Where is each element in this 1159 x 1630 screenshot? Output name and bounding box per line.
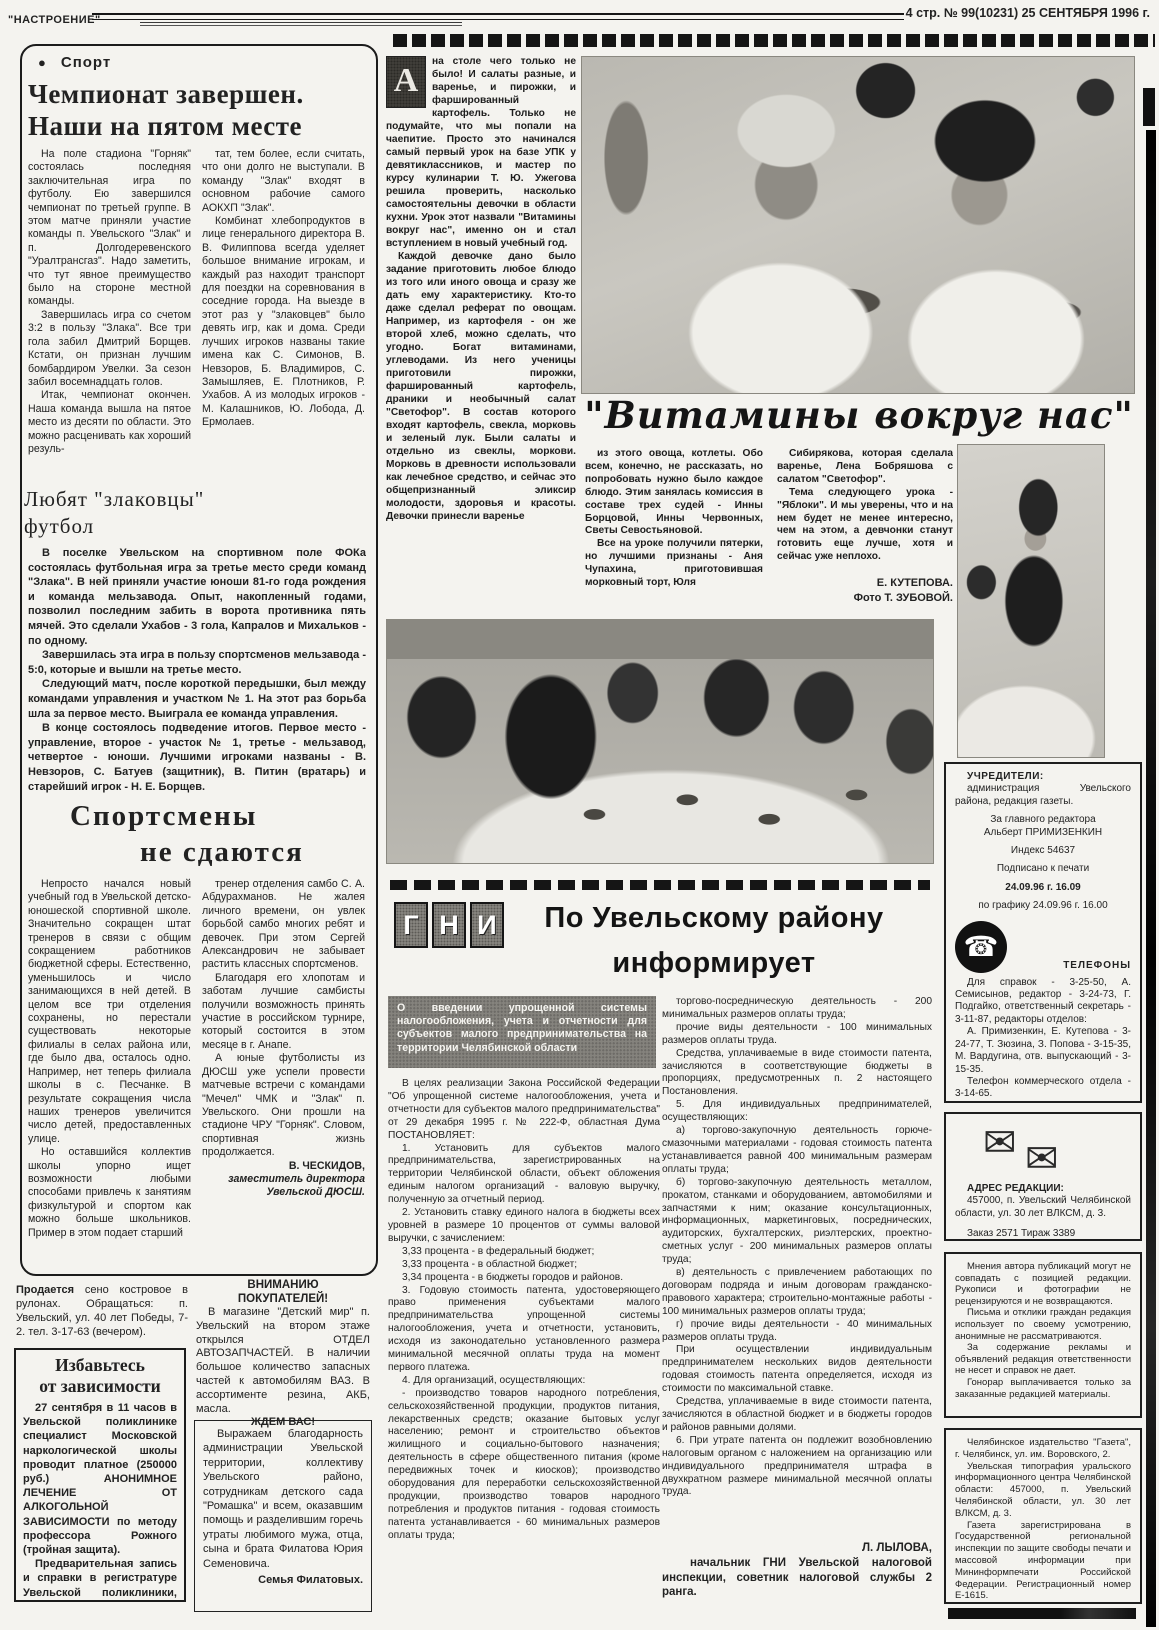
paragraph: Завершилась игра со счетом 3:2 в пользу … <box>28 309 191 389</box>
paragraph: Средства, уплачиваемые в виде стоимости … <box>662 1048 932 1100</box>
paragraph: 3,34 процента - в бюджеты городов и райо… <box>388 1272 660 1285</box>
paragraph: 3,33 процента - в областной бюджет; <box>388 1259 660 1272</box>
filmstrip-divider-top <box>393 34 1155 47</box>
signature-title: заместитель директора Увельской ДЮСШ. <box>202 1173 365 1200</box>
ad-body: В магазине "Детский мир" п. Увельский на… <box>196 1306 370 1416</box>
paragraph: Письма и отклики граждан редакция исполь… <box>955 1307 1131 1342</box>
envelope-icon: ✉ <box>983 1123 1017 1163</box>
paragraph: Для справок - 3-25-50, А. Семисынов, ред… <box>955 977 1131 1027</box>
order-and-circulation: Заказ 2571 Тираж 3389 <box>955 1228 1131 1240</box>
gni-logo: Г Н И <box>394 902 504 948</box>
paragraph: прочие виды деятельности - 100 минимальн… <box>662 1022 932 1048</box>
signature-name: Е. КУТЕПОВА. <box>777 576 953 591</box>
dashed-divider-gni <box>390 880 930 890</box>
headline-line: Наши на пятом месте <box>28 110 368 142</box>
football-subheadline: Любят "злаковцы" футбол <box>24 486 204 540</box>
paragraph: Гонорар выплачивается только за заказанн… <box>955 1377 1131 1400</box>
paragraph: Но оставшийся коллектив школы упорно ище… <box>28 1146 191 1240</box>
paragraph: Средства, уплачиваемые в виде стоимости … <box>662 1396 932 1435</box>
vitamins-article-column-1: А на столе чего только не было! И салаты… <box>386 55 576 621</box>
paragraph: 4. Для организаций, осуществляющих: <box>388 1375 660 1388</box>
paragraph: г) прочие виды деятельности - 40 минимал… <box>662 1319 932 1345</box>
page-edge-bar <box>1146 130 1156 1627</box>
bottom-decor-bar <box>948 1608 1136 1619</box>
gni-logo-letter: Г <box>394 902 428 948</box>
paragraph: 5. Для индивидуальных предпринимателей, … <box>662 1099 932 1125</box>
headline-line: Любят "злаковцы" <box>24 486 204 513</box>
football-article-body: В поселке Увельском на спортивном поле Ф… <box>28 546 366 794</box>
clinic-ad-box: Избавьтесь от зависимости 27 сентября в … <box>14 1348 186 1602</box>
print-label: Подписано к печати <box>955 863 1131 875</box>
phones-title: ТЕЛЕФОНЫ <box>1063 960 1131 972</box>
vitamins-article-column-2: из этого овоща, котлеты. Обо всем, конеч… <box>585 448 763 618</box>
paragraph: 27 сентября в 11 часов в Увельской полик… <box>23 1401 177 1557</box>
paragraph: На поле стадиона "Горняк" состоялась пос… <box>28 148 191 309</box>
ad-title: Избавьтесь от зависимости <box>23 1355 177 1397</box>
paragraph: Следующий матч, после короткой передышки… <box>28 677 366 721</box>
author-signature: В. ЧЕСКИДОВ, заместитель директора Увель… <box>202 1160 365 1200</box>
gni-headline: По Увельскому району информирует <box>490 896 938 986</box>
headline-line: футбол <box>24 513 204 540</box>
publisher-imprint-box: Челябинское издательство "Газета", г. Че… <box>944 1428 1142 1604</box>
photo-girl-at-table <box>957 444 1105 758</box>
gratitude-notice-box: Выражаем благодарность администрации Уве… <box>194 1420 372 1612</box>
address-title: АДРЕС РЕДАКЦИИ: <box>955 1183 1131 1195</box>
editor-name: Альберт ПРИМИЗЕНКИН <box>955 827 1131 839</box>
signature-title: начальник ГНИ Увельской налоговой инспек… <box>662 1556 932 1600</box>
paragraph: При осуществлении индивидуальным предпри… <box>662 1344 932 1396</box>
article-column: тат, тем более, если считать, что они до… <box>202 148 365 484</box>
paragraph: в) деятельность с привлечением работающи… <box>662 1267 932 1319</box>
editor-note: За главного редактора <box>955 814 1131 826</box>
vitamins-article-column-3: Сибирякова, которая сделала варенье, Лен… <box>777 448 953 574</box>
paragraph: торгово-посредническую деятельность - 20… <box>662 996 932 1022</box>
paragraph: Непросто начался новый учебный год в Уве… <box>28 878 191 1146</box>
subscription-index: Индекс 54637 <box>955 845 1131 857</box>
sport-article-columns: На поле стадиона "Горняк" состоялась пос… <box>28 148 365 484</box>
phone-icon: ☎ <box>955 921 1007 973</box>
article-column: тренер отделения самбо С. А. Абдурахмано… <box>202 878 365 1266</box>
paragraph: Благодаря его хлопотам и заботам лучшие … <box>202 972 365 1052</box>
vitamins-signature: Е. КУТЕПОВА. Фото Т. ЗУБОВОЙ. <box>777 576 953 605</box>
newspaper-title: "НАСТРОЕНИЕ" <box>8 14 101 26</box>
article-column: На поле стадиона "Горняк" состоялась пос… <box>28 148 191 484</box>
bullet-icon: ● <box>38 55 47 70</box>
paragraph: Все на уроке получили пятерки, но лучшим… <box>585 538 763 590</box>
paragraph: Тема следующего урока - "Яблоки". И мы у… <box>777 487 953 564</box>
sportsmen-article-columns: Непросто начался новый учебный год в Уве… <box>28 878 365 1266</box>
print-plan: по графику 24.09.96 г. 16.00 <box>955 900 1131 912</box>
newspaper-page: "НАСТРОЕНИЕ" 4 стр. № 99(10231) 25 СЕНТЯ… <box>0 0 1159 1630</box>
section-label-text: Спорт <box>61 54 111 71</box>
ad-title-line: ПОКУПАТЕЛЕЙ! <box>196 1292 370 1306</box>
article-column: Непросто начался новый учебный год в Уве… <box>28 878 191 1266</box>
editorial-policy-box: Мнения автора публикаций могут не совпад… <box>944 1252 1142 1418</box>
headline-line: Чемпионат завершен. <box>28 78 368 110</box>
paragraph: б) торгово-закупочную деятельность метал… <box>662 1177 932 1267</box>
headline-line: не сдаются <box>22 834 376 870</box>
page-edge-mark <box>1143 88 1155 126</box>
sport-section-label: ●Спорт <box>38 54 111 71</box>
paragraph: А. Примизенкин, Е. Кутепова - 3-24-77, Т… <box>955 1026 1131 1076</box>
founders-title: УЧРЕДИТЕЛИ: <box>955 771 1131 783</box>
address-imprint-box: ✉ ✉ АДРЕС РЕДАКЦИИ: 457000, п. Увельский… <box>944 1112 1142 1241</box>
masthead-rule <box>92 13 904 20</box>
paragraph: 6. При утрате патента он подлежит возобн… <box>662 1435 932 1500</box>
founders-imprint-box: УЧРЕДИТЕЛИ: администрация Увельского рай… <box>944 762 1142 1103</box>
photo-two-girls-with-dishes <box>581 56 1135 394</box>
ad-title: ВНИМАНИЮ ПОКУПАТЕЛЕЙ! <box>196 1278 370 1306</box>
paragraph: Челябинское издательство "Газета", г. Че… <box>955 1437 1131 1461</box>
signature-name: В. ЧЕСКИДОВ, <box>202 1160 365 1173</box>
paragraph: Газета зарегистрирована в Государственно… <box>955 1520 1131 1603</box>
notice-signature: Семья Филатовых. <box>203 1573 363 1587</box>
paragraph: тат, тем более, если считать, что они до… <box>202 148 365 215</box>
paragraph: Мнения автора публикаций могут не совпад… <box>955 1261 1131 1307</box>
headline-line: По Увельскому району <box>490 896 938 941</box>
gni-signature: Л. ЛЫЛОВА, начальник ГНИ Увельской налог… <box>662 1541 932 1600</box>
ad-lead-word: Продается <box>16 1284 74 1296</box>
masthead-rule-secondary <box>140 22 462 26</box>
ad-title-line: от зависимости <box>23 1376 177 1397</box>
gni-article-column-2: торгово-посредническую деятельность - 20… <box>662 996 932 1537</box>
paragraph: 2. Установить ставку единого налога в бю… <box>388 1207 660 1246</box>
paragraph: 3,33 процента - в федеральный бюджет; <box>388 1246 660 1259</box>
sport-headline: Чемпионат завершен. Наши на пятом месте <box>28 78 368 142</box>
headline-line: Спортсмены <box>22 798 376 834</box>
paragraph: Увельская типография уральского информац… <box>955 1461 1131 1520</box>
gni-logo-letter: Н <box>432 902 466 948</box>
envelope-icon: ✉ <box>1025 1139 1059 1179</box>
paragraph: 1. Установить для субъектов малого предп… <box>388 1143 660 1208</box>
paragraph: из этого овоща, котлеты. Обо всем, конеч… <box>585 448 763 538</box>
photo-credit: Фото Т. ЗУБОВОЙ. <box>777 591 953 606</box>
notice-body: Выражаем благодарность администрации Уве… <box>203 1427 363 1571</box>
envelopes-icon: ✉ ✉ <box>983 1123 1131 1181</box>
ad-title-line: Избавьтесь <box>23 1355 177 1376</box>
address-body: 457000, п. Увельский Челябинской области… <box>955 1195 1131 1220</box>
paragraph: А юные футболисты из ДЮСШ уже успели про… <box>202 1052 365 1159</box>
paragraph: За содержание рекламы и объявлений редак… <box>955 1342 1131 1377</box>
phones-list: Для справок - 3-25-50, А. Семисынов, ред… <box>955 977 1131 1101</box>
signature-name: Л. ЛЫЛОВА, <box>662 1541 932 1556</box>
sport-section-box: ●Спорт Чемпионат завершен. Наши на пятом… <box>20 44 378 1276</box>
paragraph: Завершилась эта игра в пользу спортсмено… <box>28 648 366 677</box>
photo-class-tea-table <box>386 619 934 864</box>
paragraph: а) торгово-закупочную деятельность горюч… <box>662 1125 932 1177</box>
paragraph: Предварительная запись и справки в регис… <box>23 1557 177 1602</box>
gni-lead-box: О введении упрощенной системы налогообло… <box>388 996 656 1068</box>
paragraph: 3. Годовую стоимость патента, удостоверя… <box>388 1285 660 1375</box>
ad-title-line: ВНИМАНИЮ <box>196 1278 370 1292</box>
headline-line: информирует <box>490 941 938 986</box>
vitamins-headline: "Витамины вокруг нас" <box>578 390 1140 442</box>
paragraph: Каждой девочке дано было задание пригото… <box>386 250 576 523</box>
print-fact: 24.09.96 г. 16.09 <box>955 882 1131 894</box>
paragraph: Сибирякова, которая сделала варенье, Лен… <box>777 448 953 487</box>
ad-body: 27 сентября в 11 часов в Увельской полик… <box>23 1401 177 1602</box>
hay-sale-ad: Продается сено костровое в рулонах. Обра… <box>16 1283 188 1339</box>
paragraph: В конце состоялось подведение итогов. Пе… <box>28 721 366 794</box>
auto-parts-ad: ВНИМАНИЮ ПОКУПАТЕЛЕЙ! В магазине "Детски… <box>196 1278 370 1430</box>
paragraph: тренер отделения самбо С. А. Абдурахмано… <box>202 878 365 972</box>
paragraph: - производство товаров народного потребл… <box>388 1388 660 1540</box>
paragraph: В целях реализации Закона Российской Фед… <box>388 1078 660 1143</box>
paragraph: В поселке Увельском на спортивном поле Ф… <box>28 546 366 648</box>
founders-line: администрация Увельского района, редакци… <box>955 783 1131 808</box>
sportsmen-headline: Спортсмены не сдаются <box>22 798 376 870</box>
paragraph: Телефон коммерческого отдела - 3-14-65. <box>955 1076 1131 1101</box>
paragraph: Итак, чемпионат окончен. Наша команда вы… <box>28 389 191 456</box>
dropcap-letter: А <box>386 56 426 108</box>
gni-article-column-1: В целях реализации Закона Российской Фед… <box>388 1078 660 1540</box>
page-issue-info: 4 стр. № 99(10231) 25 СЕНТЯБРЯ 1996 г. <box>860 6 1150 20</box>
paragraph: Комбинат хлебопродуктов в лице генеральн… <box>202 215 365 430</box>
phones-header: ☎ ТЕЛЕФОНЫ <box>955 921 1131 973</box>
